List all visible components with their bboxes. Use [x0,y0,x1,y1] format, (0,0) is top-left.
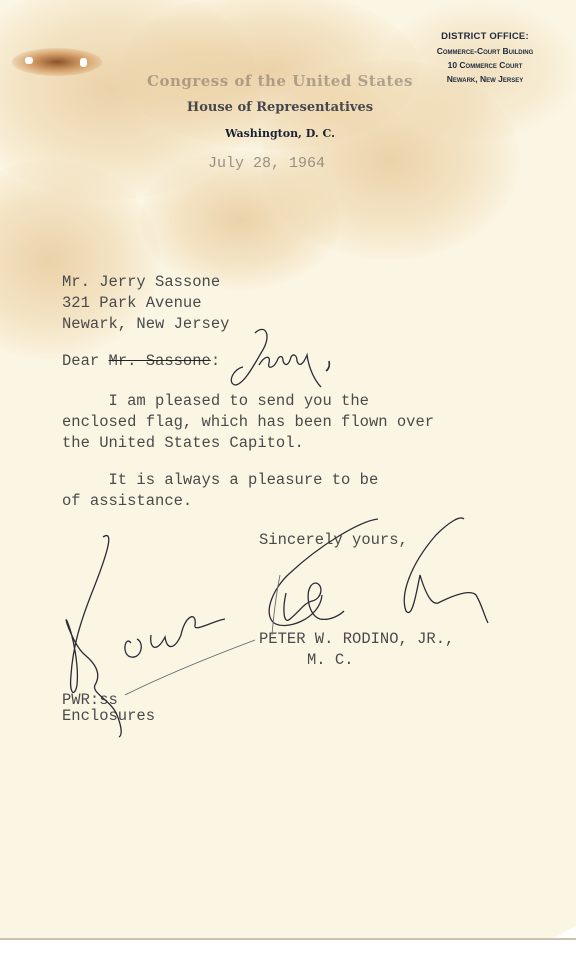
letterhead-city: Washington, D. C. [140,127,420,140]
body-p1-line3: the United States Capitol. [62,433,304,454]
staple-hole [80,58,87,67]
salutation-struck-name: Mr. Sassone [109,352,211,370]
paper-corner-fold [550,926,576,940]
district-office-building: Commerce-Court Building [410,44,560,58]
handwritten-jerry [225,325,335,395]
letterhead-congress: Congress of the United States [140,72,420,90]
signer-title: M. C. [307,650,354,671]
recipient-street: 321 Park Avenue [62,293,202,314]
district-office-city: Newark, New Jersey [410,72,560,86]
enclosures-note: Enclosures [62,706,155,727]
salutation-prefix: Dear [62,352,109,370]
letterhead-house: House of Representatives [140,100,420,115]
staple-hole [25,57,33,64]
signer-name: PETER W. RODINO, JR., [259,629,454,650]
letter-paper: DISTRICT OFFICE: Commerce-Court Building… [0,0,576,940]
body-p2-line1: It is always a pleasure to be [62,470,378,491]
body-p1-line2: enclosed flag, which has been flown over [62,412,434,433]
district-office-title: DISTRICT OFFICE: [410,30,560,44]
salutation: Dear Mr. Sassone: [62,351,220,372]
district-office-block: DISTRICT OFFICE: Commerce-Court Building… [410,30,560,86]
body-p1-line1: I am pleased to send you the [62,391,369,412]
salutation-colon: : [211,352,220,370]
district-office-street: 10 Commerce Court [410,58,560,72]
recipient-city: Newark, New Jersey [62,314,229,335]
body-p2-line2: of assistance. [62,491,192,512]
recipient-name: Mr. Jerry Sassone [62,272,220,293]
letter-date: July 28, 1964 [208,155,325,172]
valediction: Sincerely yours, [259,530,408,551]
